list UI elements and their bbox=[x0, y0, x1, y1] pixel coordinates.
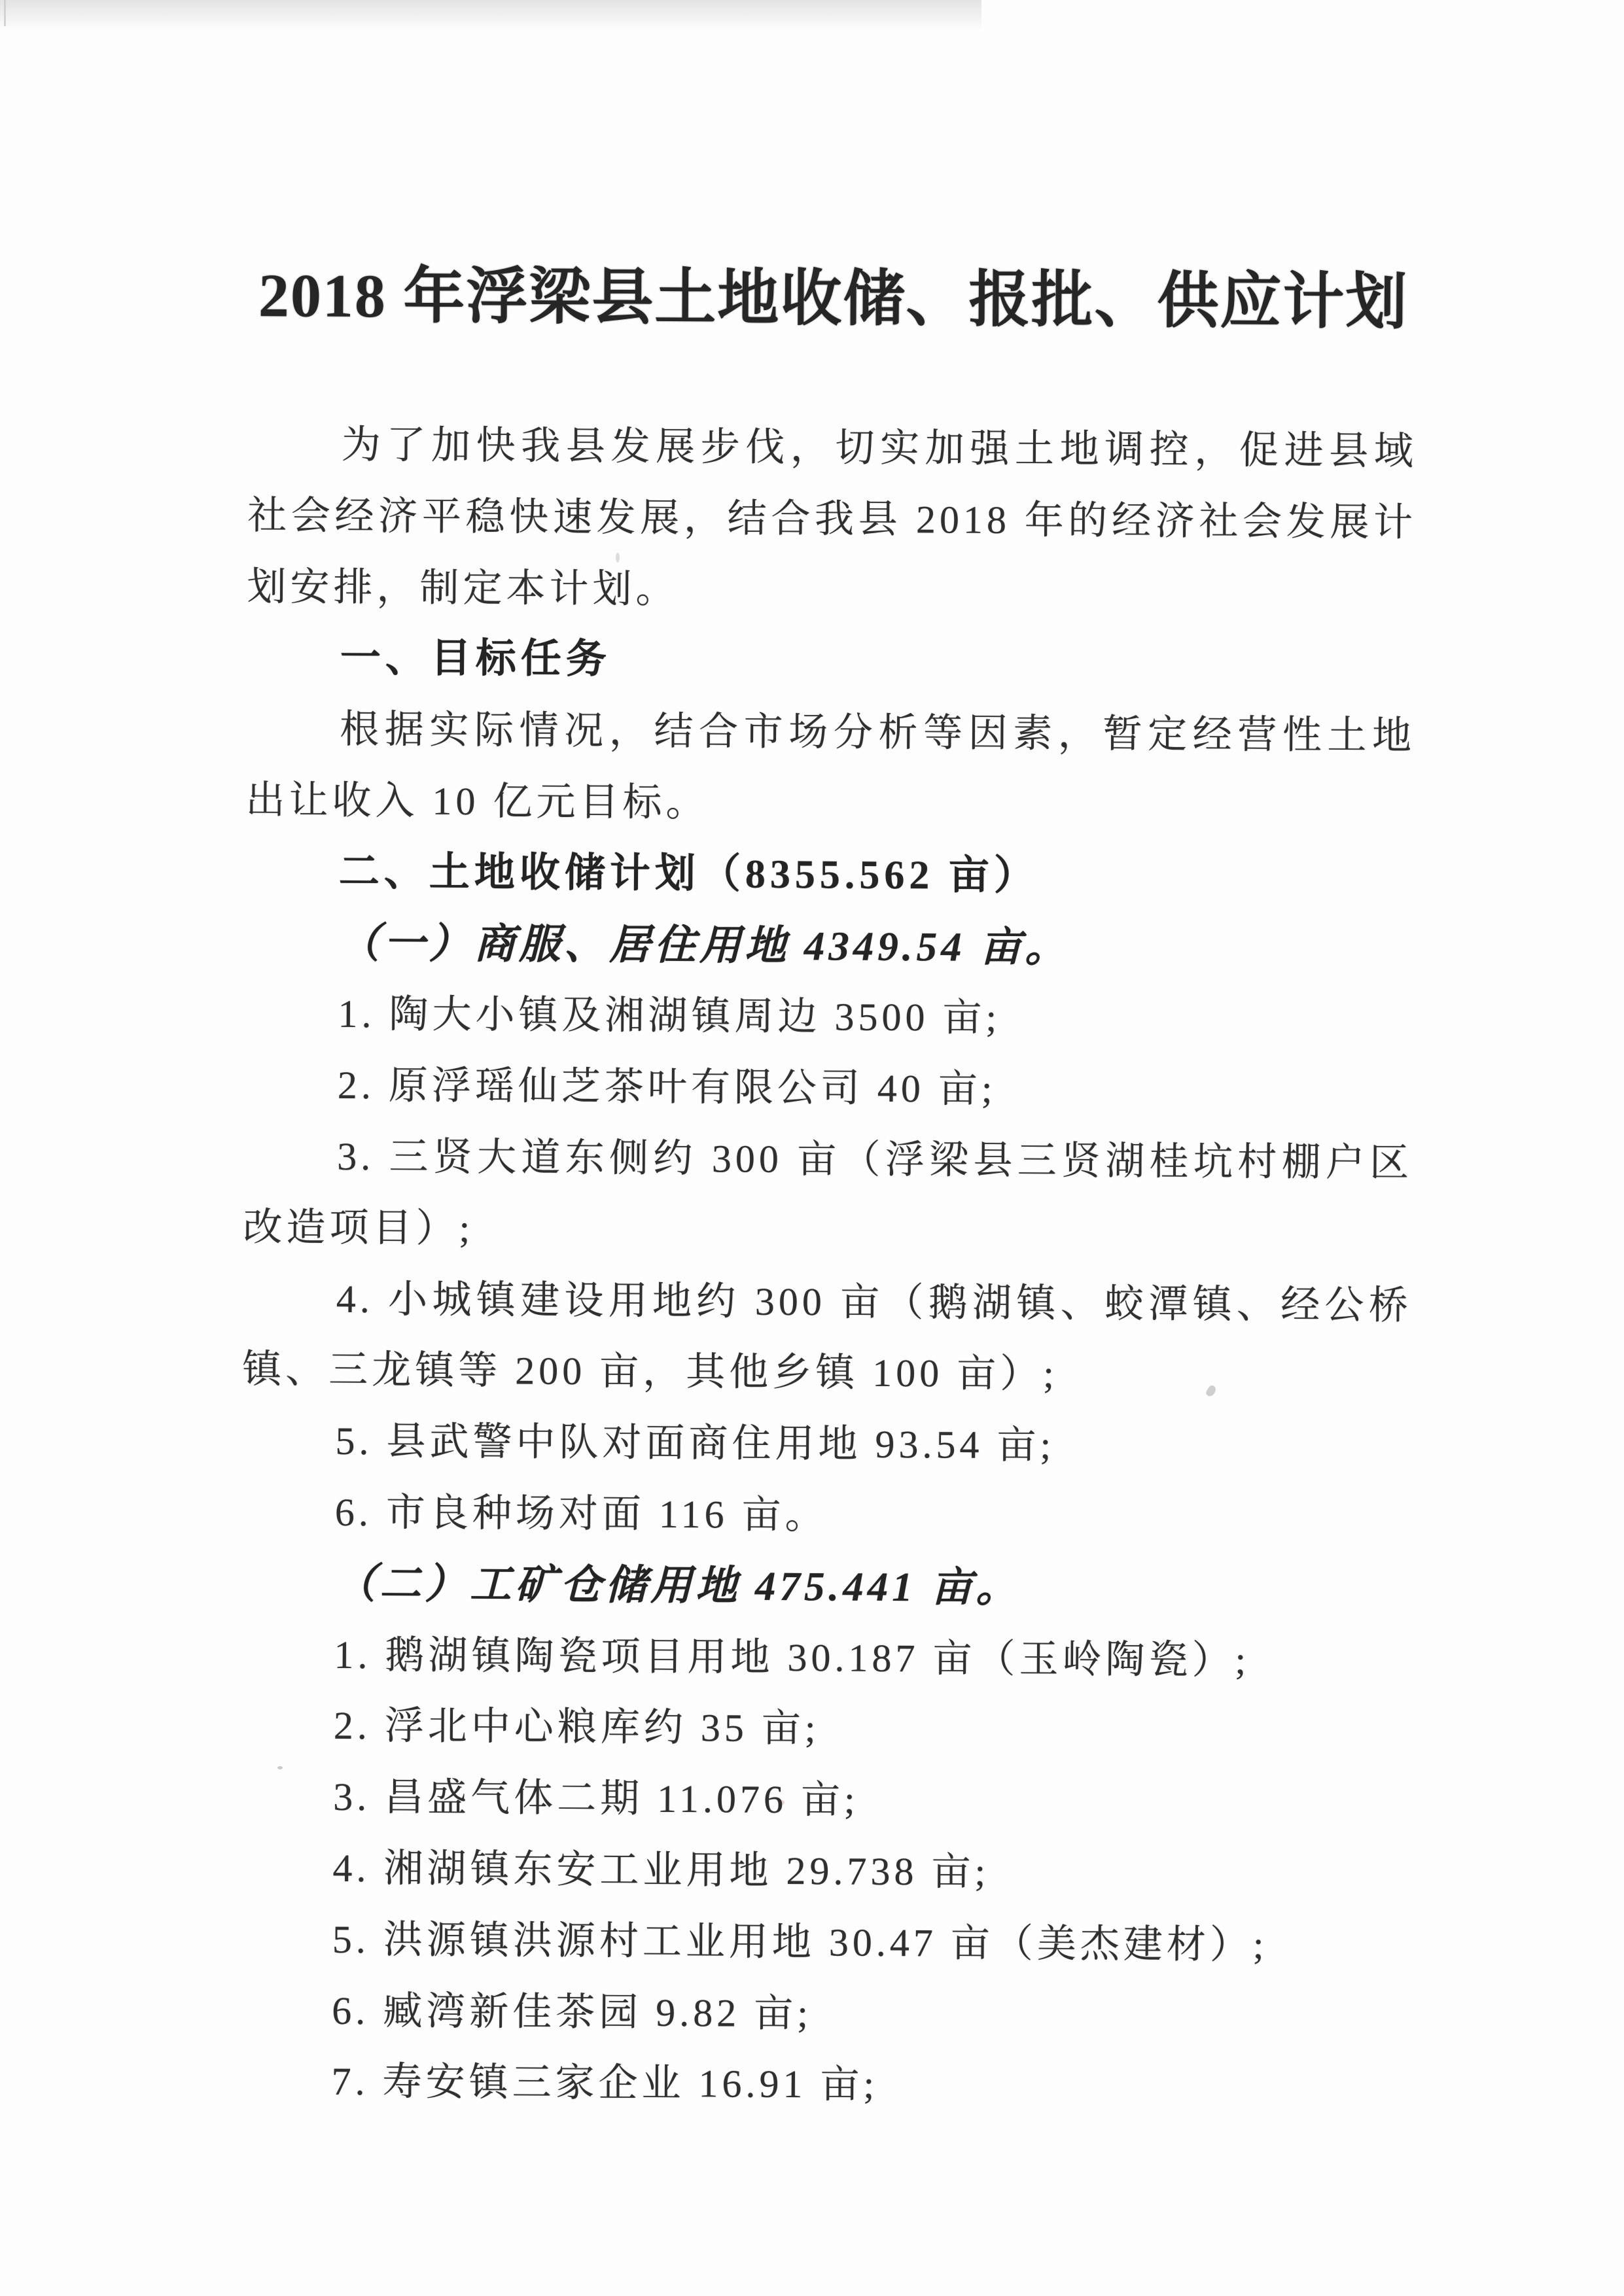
intro-line-2: 社会经济平稳快速发展，结合我县 2018 年的经济社会发展计 bbox=[247, 480, 1417, 559]
item-2-3: 3. 昌盛气体二期 11.076 亩; bbox=[239, 1761, 1409, 1839]
item-1-6: 6. 市良种场对面 116 亩。 bbox=[241, 1476, 1411, 1555]
scanned-document-page: 2018 年浮梁县土地收储、报批、供应计划 为了加快我县发展步伐，切实加强土地调… bbox=[0, 0, 1624, 2296]
item-1-4-continuation: 镇、三龙镇等 200 亩，其他乡镇 100 亩）; bbox=[242, 1334, 1412, 1412]
document-title: 2018 年浮梁县土地收储、报批、供应计划 bbox=[249, 260, 1419, 339]
item-2-2: 2. 浮北中心粮库约 35 亩; bbox=[240, 1690, 1410, 1768]
item-1-5: 5. 县武警中队对面商住用地 93.54 亩; bbox=[241, 1405, 1411, 1484]
item-2-1: 1. 鹅湖镇陶瓷项目用地 30.187 亩（玉岭陶瓷）; bbox=[240, 1619, 1410, 1697]
item-1-3-continuation: 改造项目）; bbox=[243, 1192, 1413, 1270]
item-2-4: 4. 湘湖镇东安工业用地 29.738 亩; bbox=[239, 1832, 1409, 1911]
document-body: 2018 年浮梁县土地收储、报批、供应计划 为了加快我县发展步伐，切实加强土地调… bbox=[238, 0, 1420, 2124]
subsection-2-heading: （二）工矿仓储用地 475.441 亩。 bbox=[241, 1548, 1411, 1626]
section-2-heading: 二、土地收储计划（8355.562 亩） bbox=[245, 836, 1415, 914]
subsection-1-heading: （一）商服、居住用地 4349.54 亩。 bbox=[245, 907, 1415, 986]
goal-line-1: 根据实际情况，结合市场分析等因素，暂定经营性土地 bbox=[246, 693, 1416, 772]
item-2-7: 7. 寿安镇三家企业 16.91 亩; bbox=[238, 2045, 1407, 2124]
item-1-3: 3. 三贤大道东侧约 300 亩（浮梁县三贤湖桂坑村棚户区 bbox=[243, 1121, 1413, 1199]
goal-line-2: 出让收入 10 亿元目标。 bbox=[245, 765, 1415, 843]
section-1-heading: 一、目标任务 bbox=[247, 622, 1417, 701]
intro-line-3: 划安排，制定本计划。 bbox=[247, 551, 1417, 630]
item-1-1: 1. 陶大小镇及湘湖镇周边 3500 亩; bbox=[244, 978, 1414, 1056]
item-2-5: 5. 洪源镇洪源村工业用地 30.47 亩（美杰建材）; bbox=[239, 1904, 1409, 1982]
item-1-2: 2. 原浮瑶仙芝茶叶有限公司 40 亩; bbox=[244, 1049, 1414, 1128]
item-1-4: 4. 小城镇建设用地约 300 亩（鹅湖镇、蛟潭镇、经公桥 bbox=[243, 1263, 1413, 1342]
intro-line-1: 为了加快我县发展步伐，切实加强土地调控，促进县域 bbox=[248, 409, 1418, 487]
item-2-6: 6. 臧湾新佳茶园 9.82 亩; bbox=[238, 1974, 1408, 2053]
scan-edge-line bbox=[4, 0, 6, 26]
